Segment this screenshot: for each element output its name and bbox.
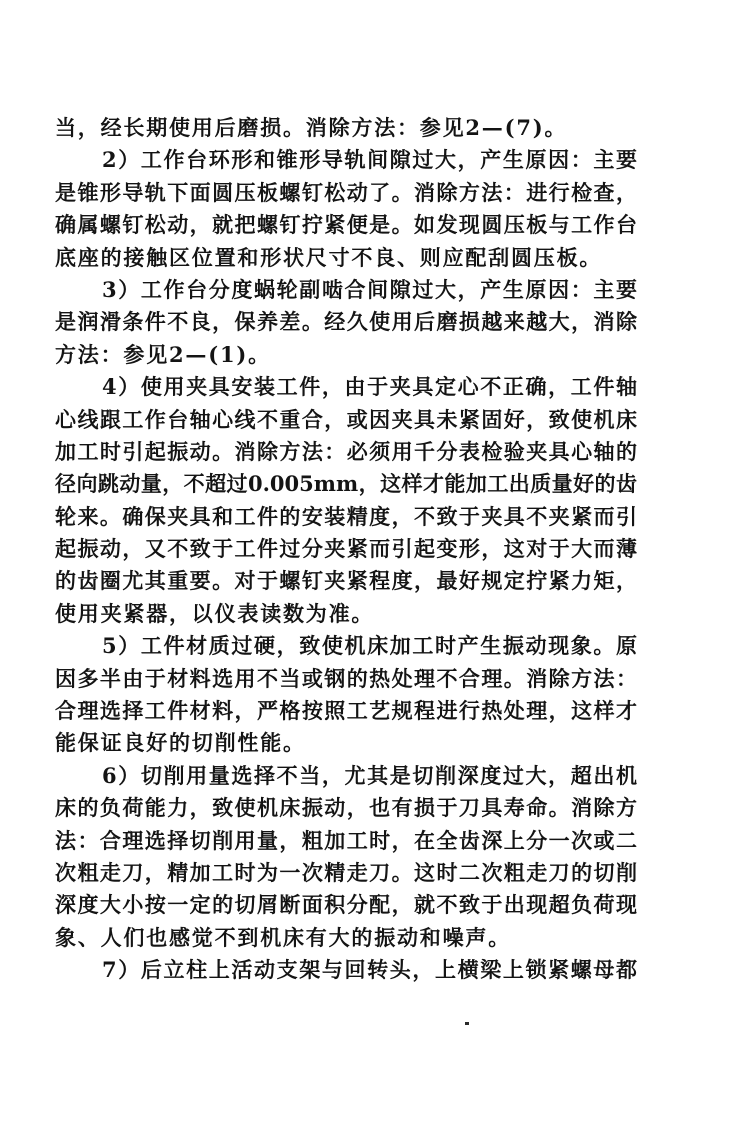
text-line: 使用夹紧器，以仪表读数为准。 [55,598,637,630]
text-line: 的齿圈尤其重要。对于螺钉夹紧程度，最好规定拧紧力矩， [55,565,637,597]
ink-speck [465,1022,469,1025]
body-text: 当，经长期使用后磨损。消除方法：参见2—(7)。 2）工作台环形和锥形导轨间隙过… [55,112,637,987]
text-line: 5）工件材质过硬，致使机床加工时产生振动现象。原 [55,630,637,662]
text-line: 4）使用夹具安装工件，由于夹具定心不正确，工件轴 [55,371,637,403]
text-line: 2）工作台环形和锥形导轨间隙过大，产生原因：主要 [55,144,637,176]
text-line: 3）工作台分度蜗轮副啮合间隙过大，产生原因：主要 [55,274,637,306]
text-line: 因多半由于材料选用不当或钢的热处理不合理。消除方法： [55,663,637,695]
text-line: 是润滑条件不良，保养差。经久使用后磨损越来越大，消除 [55,306,637,338]
text-line: 径向跳动量，不超过0.005mm，这样才能加工出质量好的齿 [55,468,637,500]
text-line: 能保证良好的切削性能。 [55,727,637,759]
text-line: 心线跟工作台轴心线不重合，或因夹具未紧固好，致使机床 [55,404,637,436]
text-line: 深度大小按一定的切屑断面积分配，就不致于出现超负荷现 [55,889,637,921]
text-line: 确属螺钉松动，就把螺钉拧紧便是。如发现圆压板与工作台 [55,209,637,241]
text-line: 象、人们也感觉不到机床有大的振动和噪声。 [55,922,637,954]
text-line: 次粗走刀，精加工时为一次精走刀。这时二次粗走刀的切削 [55,857,637,889]
text-line: 轮来。确保夹具和工件的安装精度，不致于夹具不夹紧而引 [55,501,637,533]
text-line: 7）后立柱上活动支架与回转头，上横梁上锁紧螺母都 [55,954,637,986]
text-line: 合理选择工件材料，严格按照工艺规程进行热处理，这样才 [55,695,637,727]
text-line: 6）切削用量选择不当，尤其是切削深度过大，超出机 [55,760,637,792]
document-page: 当，经长期使用后磨损。消除方法：参见2—(7)。 2）工作台环形和锥形导轨间隙过… [0,0,736,1144]
text-line: 当，经长期使用后磨损。消除方法：参见2—(7)。 [55,112,637,144]
text-line: 加工时引起振动。消除方法：必须用千分表检验夹具心轴的 [55,436,637,468]
text-line: 是锥形导轨下面圆压板螺钉松动了。消除方法：进行检查， [55,177,637,209]
text-line: 起振动，又不致于工件过分夹紧而引起变形，这对于大而薄 [55,533,637,565]
text-line: 方法：参见2—(1)。 [55,339,637,371]
text-line: 底座的接触区位置和形状尺寸不良、则应配刮圆压板。 [55,242,637,274]
text-line: 法：合理选择切削用量，粗加工时，在全齿深上分一次或二 [55,825,637,857]
text-line: 床的负荷能力，致使机床振动，也有损于刀具寿命。消除方 [55,792,637,824]
